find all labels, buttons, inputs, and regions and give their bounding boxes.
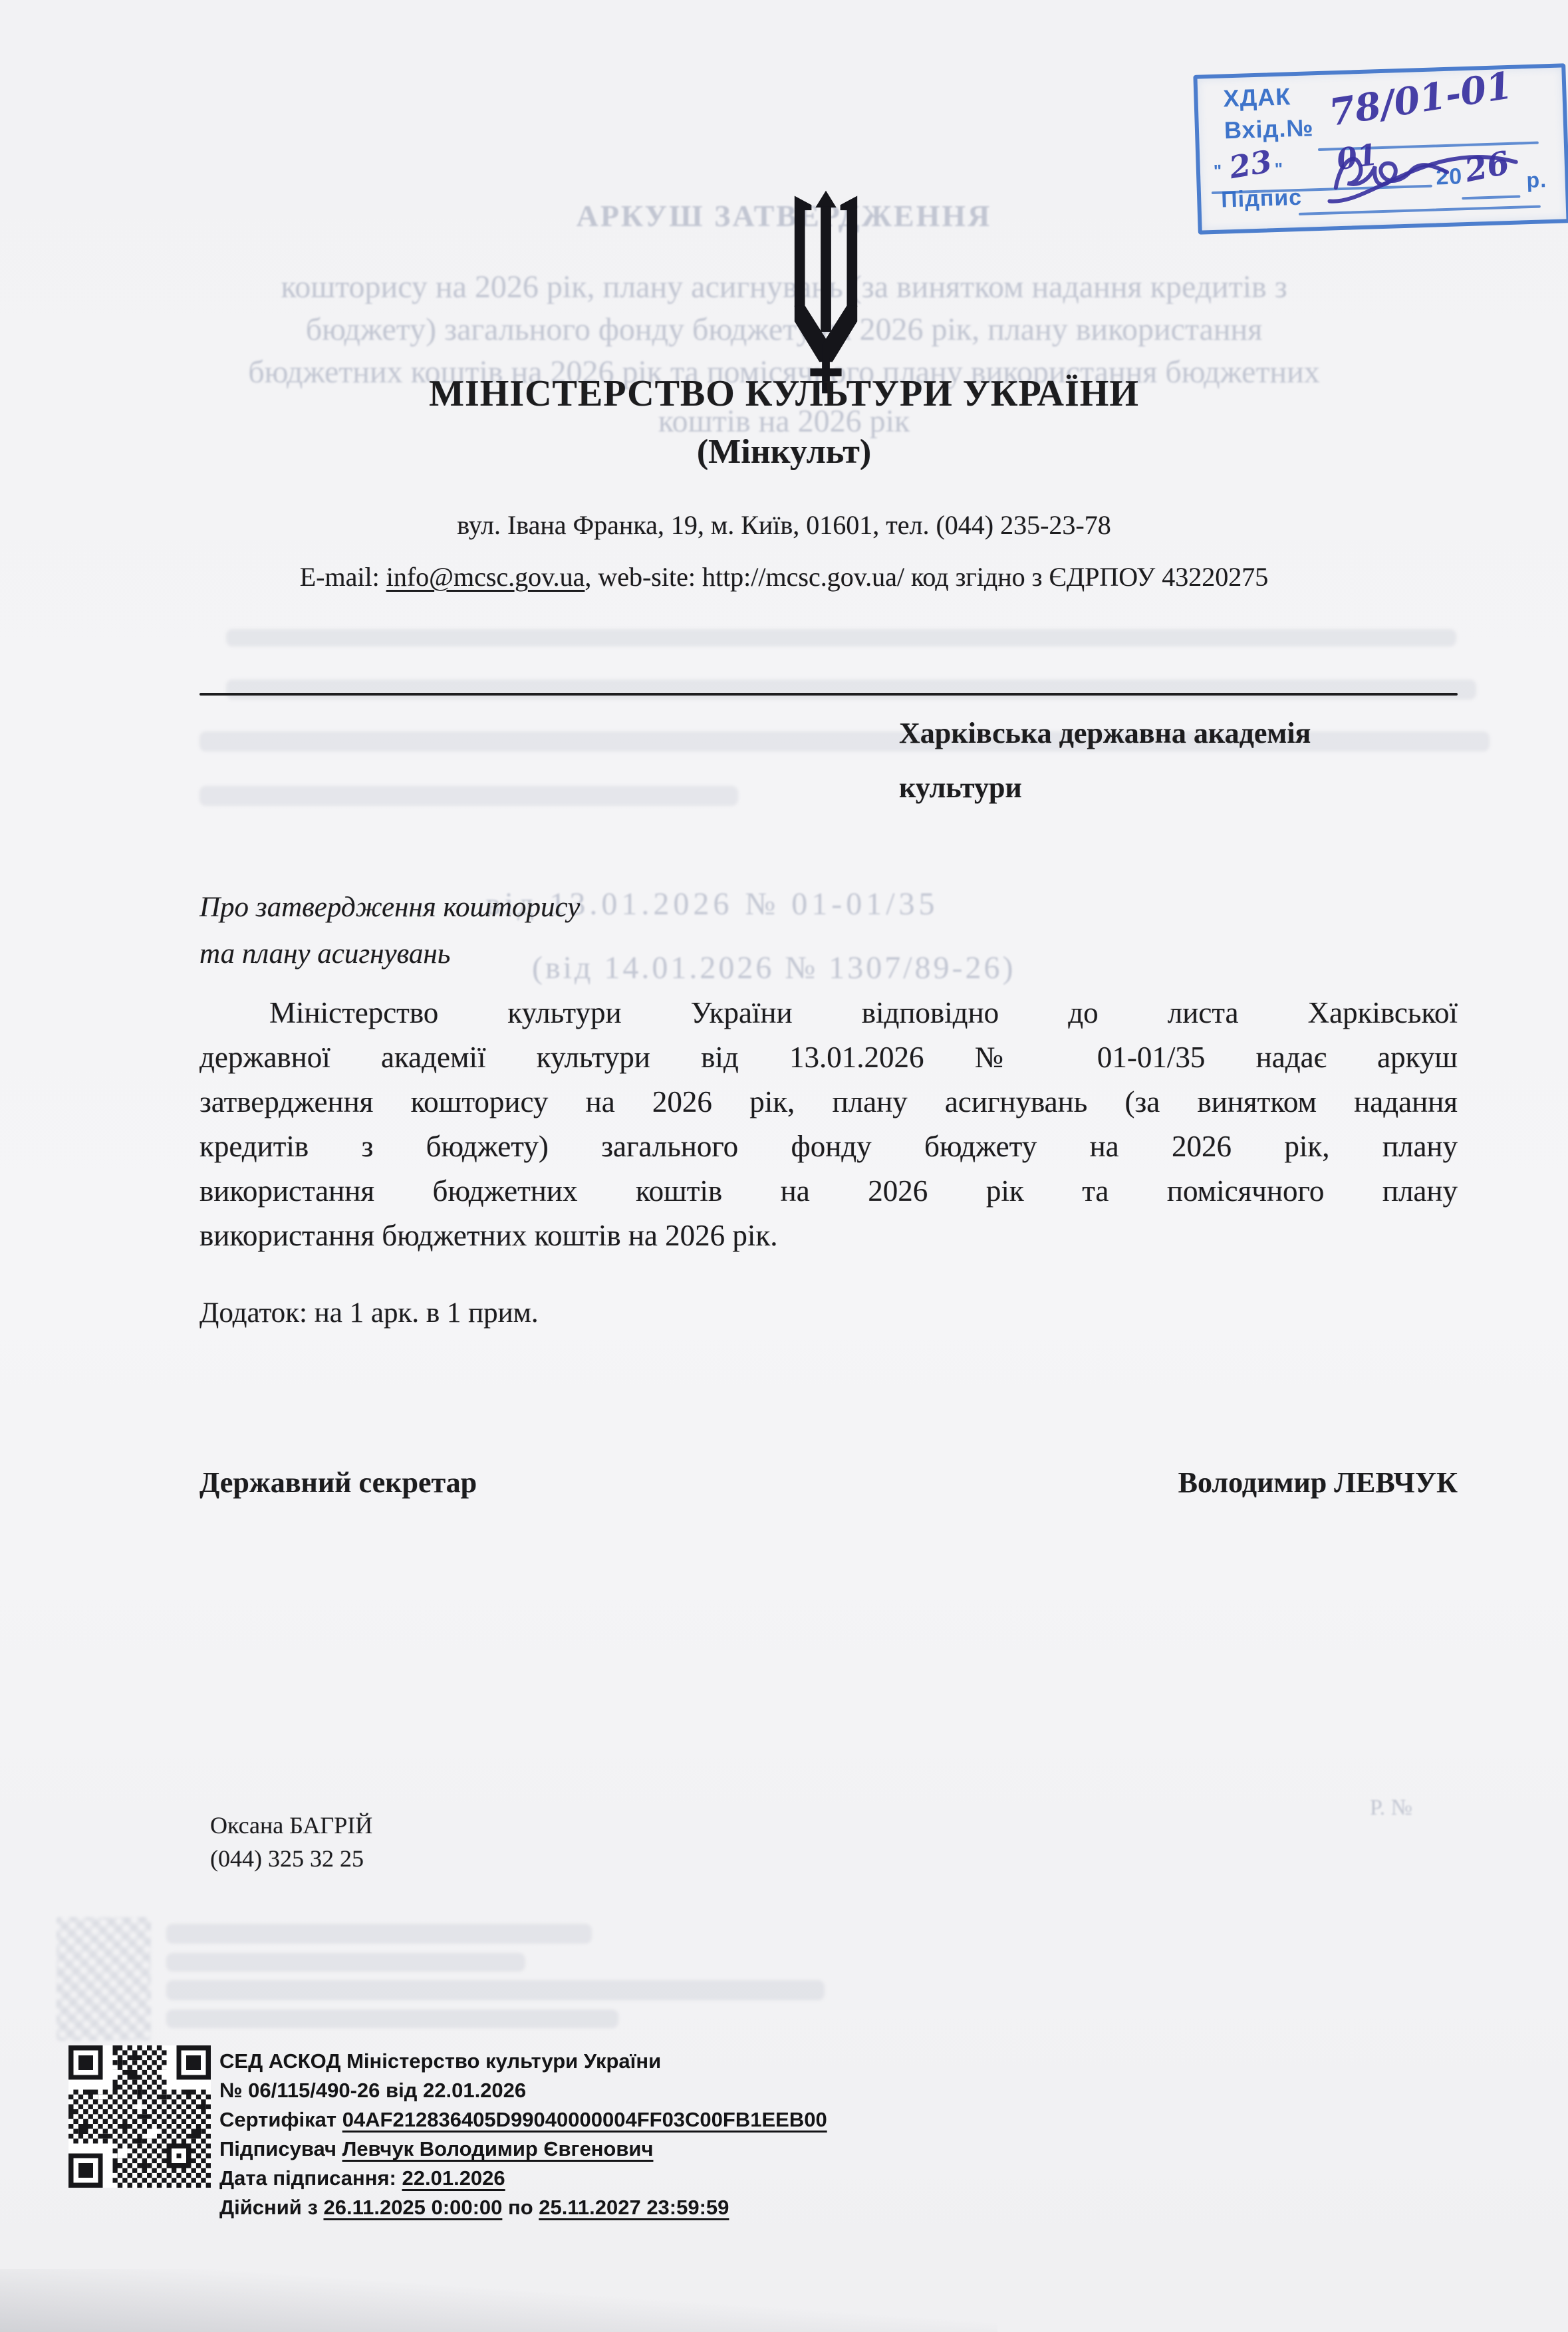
- subject-line: та плану асигнувань: [199, 931, 580, 977]
- ministry-contact-line: E-mail: info@mcsc.gov.ua, web-site: http…: [0, 561, 1568, 592]
- stamp-year-unit: р.: [1526, 168, 1547, 193]
- signer-name: Володимир ЛЕВЧУК: [1178, 1466, 1458, 1499]
- esign-signer-value: Левчук Володимир Євгенович: [342, 2137, 654, 2160]
- ghost-smudge: [226, 629, 1456, 646]
- esign-valid-to: 25.11.2027 23:59:59: [539, 2196, 729, 2219]
- esign-system-line: СЕД АСКОД Міністерство культури України: [219, 2047, 827, 2076]
- ministry-name-title: МІНІСТЕРСТВО КУЛЬТУРИ УКРАЇНИ: [0, 372, 1568, 415]
- body-paragraph: Міністерство культури України відповідно…: [199, 991, 1458, 1258]
- executor-name: Оксана БАГРІЙ: [210, 1809, 372, 1842]
- body-line: державної академії культури від 13.01.20…: [199, 1035, 1458, 1080]
- ghost-smudge: [166, 1980, 825, 2000]
- body-line: використання бюджетних коштів на 2026 рі…: [199, 1169, 1458, 1214]
- email-label: E-mail:: [300, 562, 386, 592]
- scanned-letter-page: АРКУШ ЗАТВЕРДЖЕННЯ кошторису на 2026 рік…: [0, 0, 1568, 2332]
- stamp-org-label: ХДАК: [1223, 82, 1291, 112]
- esign-date-line: Дата підписання: 22.01.2026: [219, 2164, 827, 2193]
- subject-line: Про затвердження кошторису: [199, 884, 580, 931]
- esignature-block: СЕД АСКОД Міністерство культури України …: [219, 2047, 827, 2222]
- stamp-quote-mark: ": [1274, 159, 1283, 180]
- esign-validity-line: Дійсний з 26.11.2025 0:00:00 по 25.11.20…: [219, 2193, 827, 2222]
- qr-code: [68, 2045, 211, 2188]
- letterhead-divider-rule: [199, 693, 1458, 696]
- ghost-smudge: [199, 786, 738, 806]
- esign-number-line: № 06/115/490-26 від 22.01.2026: [219, 2076, 827, 2105]
- signer-position-title: Державний секретар: [199, 1466, 477, 1499]
- esign-valid-label: Дійсний з: [219, 2196, 323, 2219]
- ministry-short-name: (Мінкульт): [0, 432, 1568, 471]
- esign-valid-separator: по: [502, 2196, 539, 2219]
- ghost-reference-line: (від 14.01.2026 № 1307/89-26): [532, 950, 1016, 986]
- ukraine-trident-emblem-icon: [787, 190, 865, 394]
- ghost-smudge: [226, 680, 1476, 700]
- esign-valid-from: 26.11.2025 0:00:00: [323, 2196, 502, 2219]
- ministry-address-line: вул. Івана Франка, 19, м. Київ, 01601, т…: [0, 509, 1568, 541]
- recipient-line: Харківська державна академія: [899, 706, 1311, 761]
- stamp-incoming-label: Вхід.№: [1224, 114, 1314, 144]
- esign-certificate-label: Сертифікат: [219, 2108, 342, 2131]
- esign-signer-label: Підписувач: [219, 2137, 342, 2160]
- esign-certificate-line: Сертифікат 04AF212836405D99040000004FF03…: [219, 2105, 827, 2135]
- body-line: кредитів з бюджету) загального фонду бюд…: [199, 1124, 1458, 1169]
- email-value: info@mcsc.gov.ua: [386, 562, 585, 592]
- recipient-block: Харківська державна академія культури: [899, 706, 1311, 815]
- ghost-smudge: [166, 1924, 592, 1944]
- esign-signer-line: Підписувач Левчук Володимир Євгенович: [219, 2135, 827, 2164]
- body-line: затвердження кошторису на 2026 рік, план…: [199, 1080, 1458, 1124]
- esign-date-value: 22.01.2026: [402, 2166, 505, 2190]
- ghost-smudge: [166, 1953, 525, 1972]
- stamp-incoming-number-handwritten: 78/01-01: [1326, 63, 1515, 135]
- executor-phone: (044) 325 32 25: [210, 1842, 372, 1875]
- subject-block: Про затвердження кошторису та плану асиг…: [199, 884, 580, 977]
- ghost-qr-smudge: [57, 1917, 151, 2041]
- stamp-quote-mark: ": [1213, 161, 1222, 182]
- esign-date-label: Дата підписання:: [219, 2166, 402, 2190]
- attachment-note: Додаток: на 1 арк. в 1 прим.: [199, 1297, 539, 1329]
- incoming-stamp: ХДАК Вхід.№ 78/01-01 " 23 " 01 20 26 р. …: [1193, 63, 1568, 234]
- body-line: використання бюджетних коштів на 2026 рі…: [199, 1214, 1458, 1258]
- ghost-smudge: [166, 2009, 618, 2028]
- stamp-day-handwritten: 23: [1227, 143, 1275, 186]
- stamp-signature-label: Підпис: [1221, 185, 1303, 213]
- esign-certificate-value: 04AF212836405D99040000004FF03C00FB1EEB00: [342, 2108, 827, 2131]
- executor-contact-block: Оксана БАГРІЙ (044) 325 32 25: [210, 1809, 372, 1875]
- ghost-paragraph-line: бюджету) загального фонду бюджету на 202…: [0, 311, 1568, 348]
- website-and-edrpou: , web-site: http://mcsc.gov.ua/ код згід…: [585, 562, 1268, 592]
- ghost-paragraph-line: кошторису на 2026 рік, плану асигнувань …: [0, 269, 1568, 305]
- recipient-line: культури: [899, 761, 1311, 815]
- stamp-signature-scribble-icon: [1322, 126, 1524, 215]
- body-line: Міністерство культури України відповідно…: [199, 991, 1458, 1035]
- page-edge-shadow: [0, 2269, 997, 2332]
- ghost-fragment: Р. №: [1370, 1795, 1412, 1821]
